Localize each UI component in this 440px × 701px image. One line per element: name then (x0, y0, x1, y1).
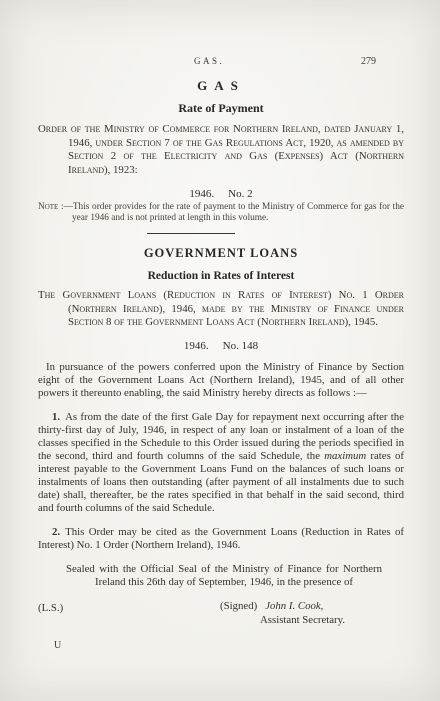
note: Note :—This order provides for the rate … (38, 202, 404, 224)
signature-title: Assistant Secretary. (260, 614, 345, 626)
article-1-number: 1. (52, 411, 60, 423)
signed-line: (Signed)John I. Cook, (220, 600, 345, 612)
signature-block: (Signed)John I. Cook, Assistant Secretar… (220, 600, 345, 626)
running-header: GAS. (194, 56, 224, 66)
article-1: 1.As from the date of the first Gale Day… (38, 411, 404, 515)
loans-order-heading: The Government Loans (Reduction in Rates… (38, 289, 404, 330)
article-2: 2.This Order may be cited as the Governm… (38, 526, 404, 552)
government-loans-title: GOVERNMENT LOANS (38, 246, 404, 261)
printer-mark: U (54, 640, 404, 651)
article-2-number: 2. (52, 526, 60, 538)
reduction-subtitle: Reduction in Rates of Interest (38, 270, 404, 282)
intro-paragraph: In pursuance of the powers conferred upo… (38, 361, 404, 400)
loans-order-no: No. 148 (223, 340, 258, 352)
signed-label: (Signed) (220, 600, 257, 612)
gas-title: GAS (38, 78, 404, 94)
gas-order-heading: Order of the Ministry of Commerce for No… (38, 123, 404, 177)
rate-of-payment-subtitle: Rate of Payment (38, 101, 404, 116)
loans-order-number: 1946.No. 148 (38, 340, 404, 352)
seal-mark: (L.S.) (38, 602, 63, 614)
document-page: GAS. 279 GAS Rate of Payment Order of th… (0, 0, 440, 701)
loans-order-year: 1946. (184, 340, 209, 352)
signature-name: John I. Cook, (265, 600, 323, 612)
page-number: 279 (361, 56, 376, 67)
gas-order-year: 1946. (189, 188, 214, 200)
running-header-row: GAS. 279 (38, 56, 404, 68)
sealing-clause: Sealed with the Official Seal of the Min… (38, 563, 382, 589)
article-2-text: This Order may be cited as the Governmen… (38, 526, 404, 551)
note-text: :—This order provides for the rate of pa… (58, 202, 404, 223)
article-1-italic-word: maximum (324, 450, 366, 462)
note-label: Note (38, 202, 58, 212)
signature-row: (L.S.) (Signed)John I. Cook, Assistant S… (38, 600, 404, 634)
gas-order-no: No. 2 (228, 188, 252, 200)
separator-rule (147, 233, 235, 234)
gas-order-number: 1946.No. 2 (38, 188, 404, 200)
